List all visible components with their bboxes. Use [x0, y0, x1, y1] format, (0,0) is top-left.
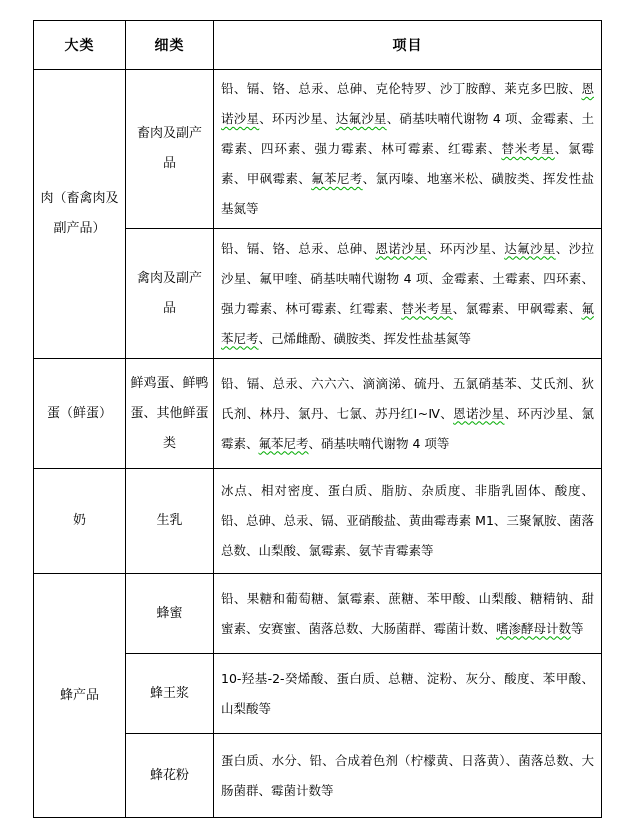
- header-row: 大类 细类 项目: [34, 21, 602, 70]
- items-cell: 铅、镉、总汞、六六六、滴滴涕、硫丹、五氯硝基苯、艾氏剂、狄氏剂、林丹、氯丹、七氯…: [214, 359, 602, 469]
- sub-category-cell: 蜂王浆: [126, 654, 214, 734]
- items-text: 、己烯雌酚、磺胺类、挥发性盐基氮等: [259, 331, 472, 346]
- items-text: 、硝基呋喃代谢物 4 项等: [309, 436, 450, 451]
- document-page: 大类 细类 项目 肉（畜禽肉及副产品）畜肉及副产品铅、镉、铬、总汞、总砷、克伦特…: [33, 20, 601, 818]
- items-cell: 铅、镉、铬、总汞、总砷、克伦特罗、沙丁胺醇、莱克多巴胺、恩诺沙星、环丙沙星、达氟…: [214, 70, 602, 229]
- items-text: 蛋白质、水分、铅、合成着色剂（柠檬黄、日落黄）、菌落总数、大肠菌群、霉菌计数等: [221, 753, 594, 798]
- items-text-spellcheck-flagged: 替米考星: [401, 301, 453, 316]
- major-category-cell: 奶: [34, 469, 126, 574]
- table-row: 蛋（鲜蛋）鲜鸡蛋、鲜鸭蛋、其他鲜蛋类铅、镉、总汞、六六六、滴滴涕、硫丹、五氯硝基…: [34, 359, 602, 469]
- header-sub-category: 细类: [126, 21, 214, 70]
- major-category-cell: 蛋（鲜蛋）: [34, 359, 126, 469]
- header-items: 项目: [214, 21, 602, 70]
- items-text-spellcheck-flagged: 氟苯尼考: [259, 436, 309, 451]
- items-text-spellcheck-flagged: 达氟沙星: [504, 241, 556, 256]
- items-text-spellcheck-flagged: 氟苯尼考: [311, 171, 363, 186]
- items-text-spellcheck-flagged: 替米考星: [501, 141, 554, 156]
- major-category-cell: 蜂产品: [34, 574, 126, 818]
- category-items-table: 大类 细类 项目 肉（畜禽肉及副产品）畜肉及副产品铅、镉、铬、总汞、总砷、克伦特…: [33, 20, 602, 818]
- header-major-category: 大类: [34, 21, 126, 70]
- items-cell: 冰点、相对密度、蛋白质、脂肪、杂质度、非脂乳固体、酸度、铅、总砷、总汞、镉、亚硝…: [214, 469, 602, 574]
- items-cell: 铅、镉、铬、总汞、总砷、恩诺沙星、环丙沙星、达氟沙星、沙拉沙星、氟甲喹、硝基呋喃…: [214, 229, 602, 359]
- major-category-cell: 肉（畜禽肉及副产品）: [34, 70, 126, 359]
- table-row: 肉（畜禽肉及副产品）畜肉及副产品铅、镉、铬、总汞、总砷、克伦特罗、沙丁胺醇、莱克…: [34, 70, 602, 229]
- items-text: 等: [571, 621, 584, 636]
- items-text: 铅、镉、铬、总汞、总砷、: [221, 241, 375, 256]
- items-text-spellcheck-flagged: 达氟沙星: [336, 111, 387, 126]
- items-text: 、环丙沙星、: [427, 241, 504, 256]
- sub-category-cell: 生乳: [126, 469, 214, 574]
- sub-category-cell: 畜肉及副产品: [126, 70, 214, 229]
- items-text-spellcheck-flagged: 恩诺沙星: [453, 406, 504, 421]
- items-cell: 铅、果糖和葡萄糖、氯霉素、蔗糖、苯甲酸、山梨酸、糖精钠、甜蜜素、安赛蜜、菌落总数…: [214, 574, 602, 654]
- items-text-spellcheck-flagged: 嗜渗酵母计数: [496, 621, 571, 636]
- sub-category-cell: 蜂蜜: [126, 574, 214, 654]
- items-text: 、氯霉素、甲砜霉素、: [453, 301, 582, 316]
- items-cell: 蛋白质、水分、铅、合成着色剂（柠檬黄、日落黄）、菌落总数、大肠菌群、霉菌计数等: [214, 734, 602, 818]
- table-row: 奶生乳冰点、相对密度、蛋白质、脂肪、杂质度、非脂乳固体、酸度、铅、总砷、总汞、镉…: [34, 469, 602, 574]
- sub-category-cell: 鲜鸡蛋、鲜鸭蛋、其他鲜蛋类: [126, 359, 214, 469]
- table-row: 蜂产品蜂蜜铅、果糖和葡萄糖、氯霉素、蔗糖、苯甲酸、山梨酸、糖精钠、甜蜜素、安赛蜜…: [34, 574, 602, 654]
- items-text: 、环丙沙星、: [259, 111, 335, 126]
- sub-category-cell: 禽肉及副产品: [126, 229, 214, 359]
- items-text-spellcheck-flagged: 恩诺沙星: [375, 241, 427, 256]
- items-cell: 10-羟基-2-癸烯酸、蛋白质、总糖、淀粉、灰分、酸度、苯甲酸、山梨酸等: [214, 654, 602, 734]
- items-text: 铅、镉、铬、总汞、总砷、克伦特罗、沙丁胺醇、莱克多巴胺、: [221, 81, 581, 96]
- items-text: 10-羟基-2-癸烯酸、蛋白质、总糖、淀粉、灰分、酸度、苯甲酸、山梨酸等: [221, 671, 594, 716]
- items-text: 冰点、相对密度、蛋白质、脂肪、杂质度、非脂乳固体、酸度、铅、总砷、总汞、镉、亚硝…: [221, 483, 594, 558]
- sub-category-cell: 蜂花粉: [126, 734, 214, 818]
- table-body: 肉（畜禽肉及副产品）畜肉及副产品铅、镉、铬、总汞、总砷、克伦特罗、沙丁胺醇、莱克…: [34, 70, 602, 818]
